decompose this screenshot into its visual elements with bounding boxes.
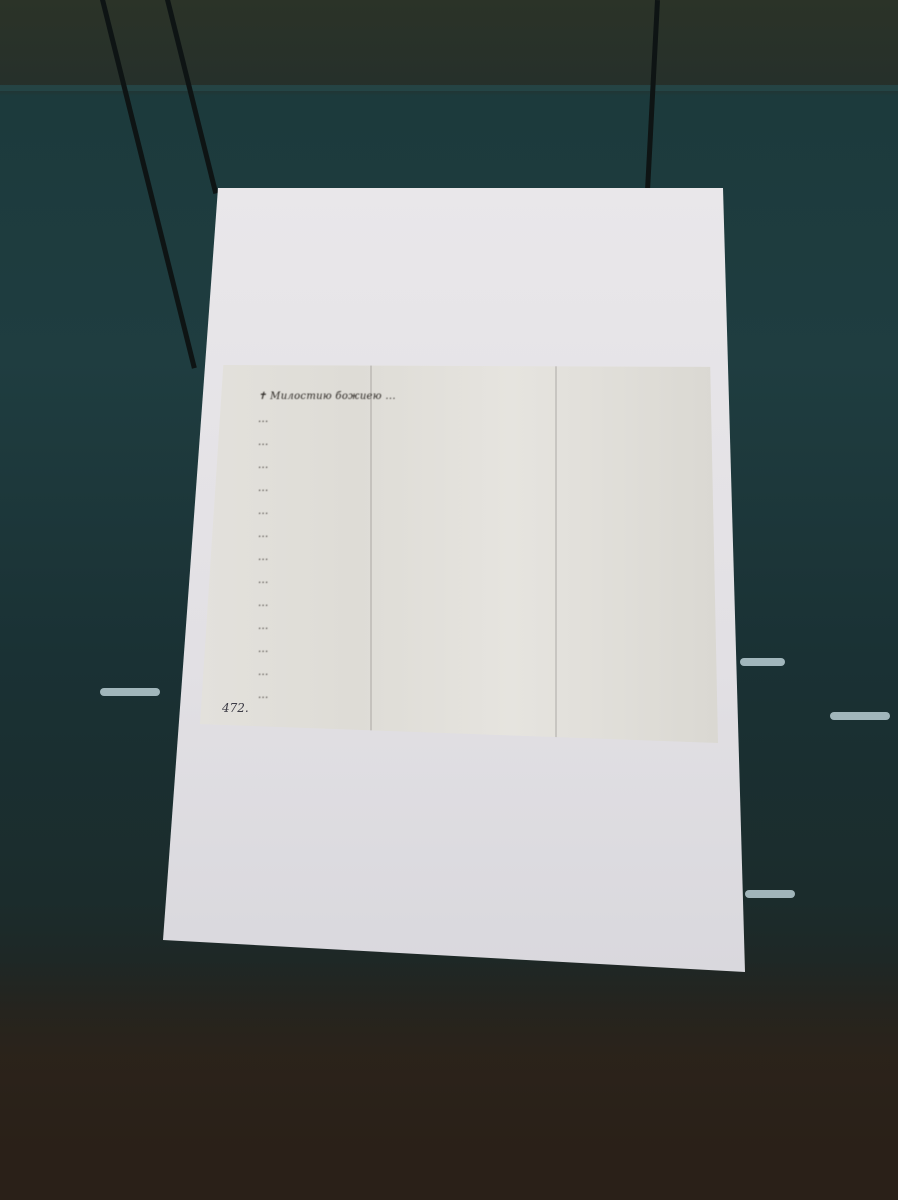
text-line: ... [258, 454, 700, 477]
text-line: ✝ Милостию божиею ... [258, 385, 700, 408]
text-line: ... [258, 592, 700, 615]
text-line: ... [258, 661, 700, 684]
manuscript-text: ✝ Милостию божиею ... ... ... ... ... ..… [258, 385, 700, 707]
text-line: ... [258, 546, 700, 569]
text-line: ... [258, 523, 700, 546]
text-line: ... [258, 684, 700, 707]
text-line: ... [258, 569, 700, 592]
text-line: ... [258, 408, 700, 431]
folio-number: 472. [222, 701, 249, 715]
text-line: ... [258, 431, 700, 454]
text-line: ... [258, 477, 700, 500]
light-reflection [740, 658, 785, 666]
light-reflection [100, 688, 160, 696]
light-reflection [745, 890, 795, 898]
glass-edge [0, 85, 898, 91]
light-reflection [830, 712, 890, 720]
text-line: ... [258, 500, 700, 523]
text-line: ... [258, 615, 700, 638]
manuscript-letter: ✝ Милостию божиею ... ... ... ... ... ..… [200, 365, 718, 743]
floor [0, 960, 898, 1200]
text-line: ... [258, 638, 700, 661]
